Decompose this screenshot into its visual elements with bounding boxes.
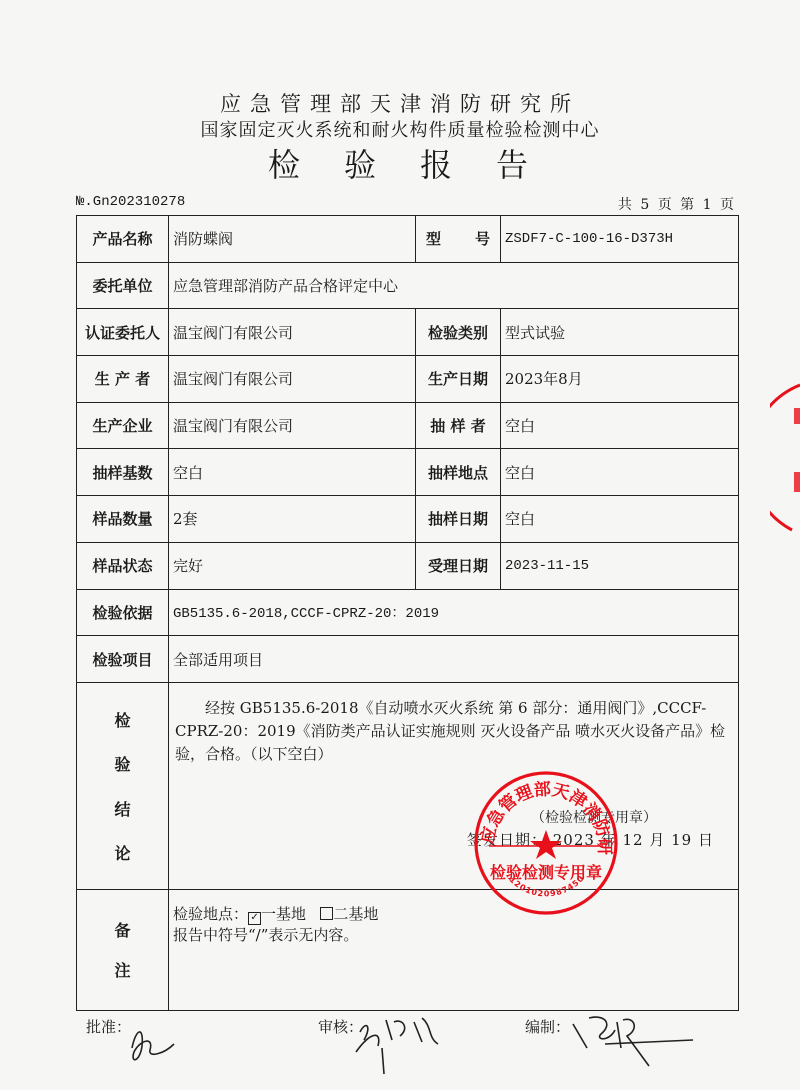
label-cert-client: 认证委托人: [77, 309, 169, 356]
org-line-2: 国家固定灭火系统和耐火构件质量检验检测中心: [0, 116, 800, 142]
label-production-date: 生产日期: [416, 356, 501, 403]
report-table: 产品名称 消防蝶阀 型号 ZSDF7-C-100-16-D373H 委托单位 应…: [76, 215, 739, 1011]
review-signature-icon: [352, 1012, 462, 1082]
row-remarks: 备 注 检验地点：✓一基地 二基地 报告中符号“/”表示无内容。: [77, 889, 739, 1010]
row-basis: 检验依据 GB5135.6-2018,CCCF-CPRZ-20：2019: [77, 589, 739, 636]
row-items: 检验项目 全部适用项目: [77, 636, 739, 683]
label-inspection-type: 检验类别: [416, 309, 501, 356]
value-sample-state: 完好: [169, 542, 416, 589]
label-sampling-base: 抽样基数: [77, 449, 169, 496]
compile-signature-icon: [565, 1010, 705, 1080]
edge-stamp-fragment-icon: [770, 380, 800, 540]
label-client-unit: 委托单位: [77, 262, 169, 309]
value-sampling-base: 空白: [169, 449, 416, 496]
remarks-line-2: 报告中符号“/”表示无内容。: [173, 925, 734, 946]
checkbox-site2-empty-icon: [320, 907, 333, 920]
label-manufacturer: 生产企业: [77, 402, 169, 449]
value-cert-client: 温宝阀门有限公司: [169, 309, 416, 356]
label-remarks: 备 注: [77, 889, 169, 1010]
checkbox-site1-checked-icon: ✓: [248, 912, 261, 925]
value-sampling-date: 空白: [501, 496, 739, 543]
report-number: №.Gn202310278: [76, 194, 185, 210]
label-product-name: 产品名称: [77, 216, 169, 263]
page-info: 共 5 页 第 1 页: [618, 194, 736, 214]
value-items: 全部适用项目: [169, 636, 739, 683]
row-sample-qty: 样品数量 2套 抽样日期 空白: [77, 496, 739, 543]
value-product-name: 消防蝶阀: [169, 216, 416, 263]
label-model: 型号: [416, 216, 501, 263]
label-sample-state: 样品状态: [77, 542, 169, 589]
remarks-cell: 检验地点：✓一基地 二基地 报告中符号“/”表示无内容。: [169, 889, 739, 1010]
label-sampler: 抽 样 者: [416, 402, 501, 449]
value-producer: 温宝阀门有限公司: [169, 356, 416, 403]
value-production-date: 2023年8月: [501, 356, 739, 403]
row-client-unit: 委托单位 应急管理部消防产品合格评定中心: [77, 262, 739, 309]
value-sampling-place: 空白: [501, 449, 739, 496]
label-items: 检验项目: [77, 636, 169, 683]
row-cert-client: 认证委托人 温宝阀门有限公司 检验类别 型式试验: [77, 309, 739, 356]
remarks-line-1: 检验地点：✓一基地 二基地: [173, 904, 734, 925]
conclusion-text: 经按 GB5135.6-2018《自动喷水灭火系统 第 6 部分：通用阀门》,C…: [175, 697, 740, 766]
label-sampling-place: 抽样地点: [416, 449, 501, 496]
value-inspection-type: 型式试验: [501, 309, 739, 356]
value-client-unit: 应急管理部消防产品合格评定中心: [169, 262, 739, 309]
row-product: 产品名称 消防蝶阀 型号 ZSDF7-C-100-16-D373H: [77, 216, 739, 263]
label-sample-qty: 样品数量: [77, 496, 169, 543]
label-conclusion: 检 验 结 论: [77, 682, 169, 889]
value-model: ZSDF7-C-100-16-D373H: [501, 216, 739, 263]
value-sampler: 空白: [501, 402, 739, 449]
value-accept-date: 2023-11-15: [501, 542, 739, 589]
value-basis: GB5135.6-2018,CCCF-CPRZ-20：2019: [169, 589, 739, 636]
label-basis: 检验依据: [77, 589, 169, 636]
official-stamp-icon: 应急管理部天津消防研究所 检验检测专用章 1201020987450: [471, 768, 621, 918]
row-manufacturer: 生产企业 温宝阀门有限公司 抽 样 者 空白: [77, 402, 739, 449]
row-sample-state: 样品状态 完好 受理日期 2023-11-15: [77, 542, 739, 589]
conclusion-cell: 经按 GB5135.6-2018《自动喷水灭火系统 第 6 部分：通用阀门》,C…: [169, 682, 739, 889]
label-producer: 生 产 者: [77, 356, 169, 403]
document-title: 检验报告: [0, 140, 800, 186]
label-accept-date: 受理日期: [416, 542, 501, 589]
compile-label: 编制：: [525, 1016, 570, 1037]
org-line-1: 应急管理部天津消防研究所: [0, 88, 800, 118]
value-sample-qty: 2套: [169, 496, 416, 543]
row-conclusion: 检 验 结 论 经按 GB5135.6-2018《自动喷水灭火系统 第 6 部分…: [77, 682, 739, 889]
approve-signature-icon: [124, 1018, 184, 1068]
row-producer: 生 产 者 温宝阀门有限公司 生产日期 2023年8月: [77, 356, 739, 403]
label-sampling-date: 抽样日期: [416, 496, 501, 543]
value-manufacturer: 温宝阀门有限公司: [169, 402, 416, 449]
row-sampling-base: 抽样基数 空白 抽样地点 空白: [77, 449, 739, 496]
